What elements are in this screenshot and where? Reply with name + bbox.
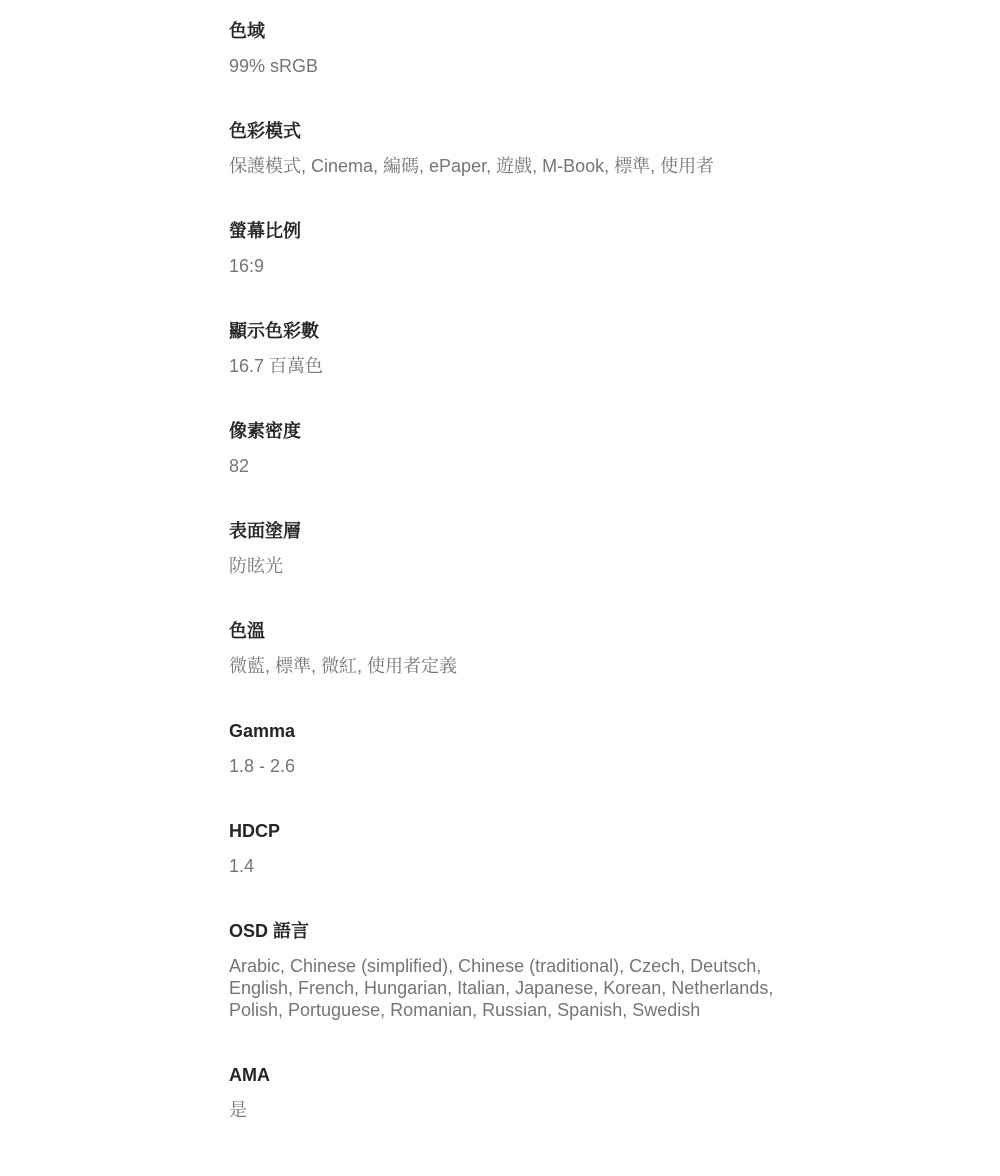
spec-label: AMA xyxy=(229,1064,789,1086)
spec-item-display-colors: 顯示色彩數 16.7 百萬色 xyxy=(229,320,789,377)
spec-page: 色域 99% sRGB 色彩模式 保護模式, Cinema, 編碼, ePape… xyxy=(0,0,1000,1176)
spec-value: 16.7 百萬色 xyxy=(229,355,785,377)
spec-item-osd-language: OSD 語言 Arabic, Chinese (simplified), Chi… xyxy=(229,920,789,1021)
spec-item-color-temperature: 色溫 微藍, 標準, 微紅, 使用者定義 xyxy=(229,620,789,677)
spec-value: 1.8 - 2.6 xyxy=(229,755,785,777)
spec-item-surface-coating: 表面塗層 防眩光 xyxy=(229,520,789,577)
spec-item-hdcp: HDCP 1.4 xyxy=(229,820,789,877)
spec-value: 微藍, 標準, 微紅, 使用者定義 xyxy=(229,655,785,677)
spec-value: 82 xyxy=(229,455,785,477)
spec-value: Arabic, Chinese (simplified), Chinese (t… xyxy=(229,955,785,1021)
spec-value: 防眩光 xyxy=(229,555,785,577)
spec-label: 顯示色彩數 xyxy=(229,320,789,342)
spec-item-aspect-ratio: 螢幕比例 16:9 xyxy=(229,220,789,277)
spec-label: Gamma xyxy=(229,720,789,742)
spec-value: 99% sRGB xyxy=(229,55,785,77)
spec-value: 16:9 xyxy=(229,255,785,277)
spec-label: 色彩模式 xyxy=(229,120,789,142)
spec-value: 1.4 xyxy=(229,855,785,877)
spec-label: HDCP xyxy=(229,820,789,842)
spec-item-color-mode: 色彩模式 保護模式, Cinema, 編碼, ePaper, 遊戲, M-Boo… xyxy=(229,120,789,177)
spec-item-ama: AMA 是 xyxy=(229,1064,789,1121)
spec-list: 色域 99% sRGB 色彩模式 保護模式, Cinema, 編碼, ePape… xyxy=(229,20,789,1121)
spec-item-pixel-density: 像素密度 82 xyxy=(229,420,789,477)
spec-value: 保護模式, Cinema, 編碼, ePaper, 遊戲, M-Book, 標準… xyxy=(229,155,785,177)
spec-label: 螢幕比例 xyxy=(229,220,789,242)
spec-value: 是 xyxy=(229,1099,785,1121)
spec-label: OSD 語言 xyxy=(229,920,789,942)
spec-label: 像素密度 xyxy=(229,420,789,442)
spec-item-gamma: Gamma 1.8 - 2.6 xyxy=(229,720,789,777)
spec-label: 色溫 xyxy=(229,620,789,642)
spec-label: 表面塗層 xyxy=(229,520,789,542)
spec-label: 色域 xyxy=(229,20,789,42)
spec-item-color-gamut: 色域 99% sRGB xyxy=(229,20,789,77)
